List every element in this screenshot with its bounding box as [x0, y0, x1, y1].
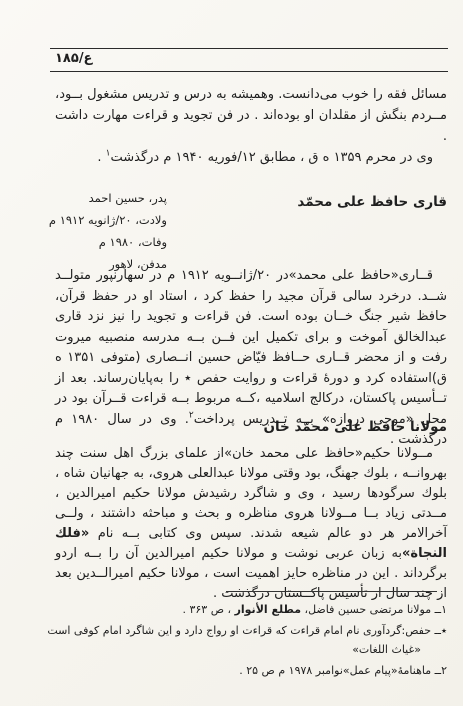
info-birth: ولادت، ۲۰/ژانویه ۱۹۱۲ م — [49, 209, 167, 231]
footnote-1: ۱ــ مولانا مرتضی حسین فاضل، مطلع الأنوار… — [18, 600, 447, 619]
biography-info-block: پدر، حسین احمد ولادت، ۲۰/ژانویه ۱۹۱۲ م و… — [49, 187, 167, 275]
footnote-star: ٭ــ حفص:گردآوری نام امام قراءت که قراءت … — [18, 621, 447, 659]
footnote-star-text: ٭ــ حفص:گردآوری نام امام قراءت که قراءت … — [47, 624, 447, 637]
header-rule-bottom — [50, 71, 448, 72]
intro-paragraphs: مسائل فقه را خوب می‌دانست. وهمیشه به درس… — [55, 84, 447, 168]
header-rule-top — [50, 48, 448, 49]
entry-body-maulana: مــولانا حکیم«حافظ علی محمد خان»از علمای… — [55, 444, 447, 604]
footnote-star-source: «غیاث اللغات» — [18, 640, 447, 659]
intro-paragraph-2-text: وی در محرم ۱۳۵۹ ه ق ، مطابق ۱۲/فوریه ۱۹۴… — [110, 150, 433, 165]
book-title-matla-al-anwar: مطلع الأنوار — [235, 603, 301, 616]
footnote-1-text: ۱ــ مولانا مرتضی حسین فاضل، — [301, 603, 447, 616]
entry-heading-maulana-hafiz-ali-muhammad-khan: مولانا حافظ علی محمّد خان — [263, 419, 447, 435]
entry-heading-qari-hafiz-ali-muhammad: قاری حافظ علی محمّد — [297, 194, 447, 210]
footnote-2: ۲ــ ماهنامهٔ«پیام عمل»نوامبر ۱۹۷۸ م ص ۲۵… — [18, 661, 447, 680]
entry-body-maulana-end: به زبان عربی نوشت و مولانا حکیم امیرالدی… — [55, 546, 447, 601]
info-death: وفات، ۱۹۸۰ م — [49, 231, 167, 253]
footnote-1-end: ، ص ۳۶۳ . — [182, 603, 234, 616]
entry-body-maulana-text: مــولانا حکیم«حافظ علی محمد خان»از علمای… — [55, 446, 447, 541]
info-father: پدر، حسین احمد — [49, 187, 167, 209]
intro-paragraph-2: وی در محرم ۱۳۵۹ ه ق ، مطابق ۱۲/فوریه ۱۹۴… — [55, 147, 447, 168]
entry-body-maulana-paragraph: مــولانا حکیم«حافظ علی محمد خان»از علمای… — [55, 444, 447, 604]
page-number: ع/۱۸۵ — [55, 51, 92, 66]
footnote-divider — [226, 591, 437, 592]
scanned-book-page: ع/۱۸۵ مسائل فقه را خوب می‌دانست. وهمیشه … — [0, 0, 463, 706]
entry-body-qari-text: قــاری«حافظ علی محمد»در ۲۰/ژانــویه ۱۹۱۲… — [55, 268, 447, 427]
intro-paragraph-1: مسائل فقه را خوب می‌دانست. وهمیشه به درس… — [55, 84, 447, 147]
footnotes-section: ۱ــ مولانا مرتضی حسین فاضل، مطلع الأنوار… — [18, 600, 447, 682]
intro-paragraph-2-end: . — [97, 150, 105, 165]
